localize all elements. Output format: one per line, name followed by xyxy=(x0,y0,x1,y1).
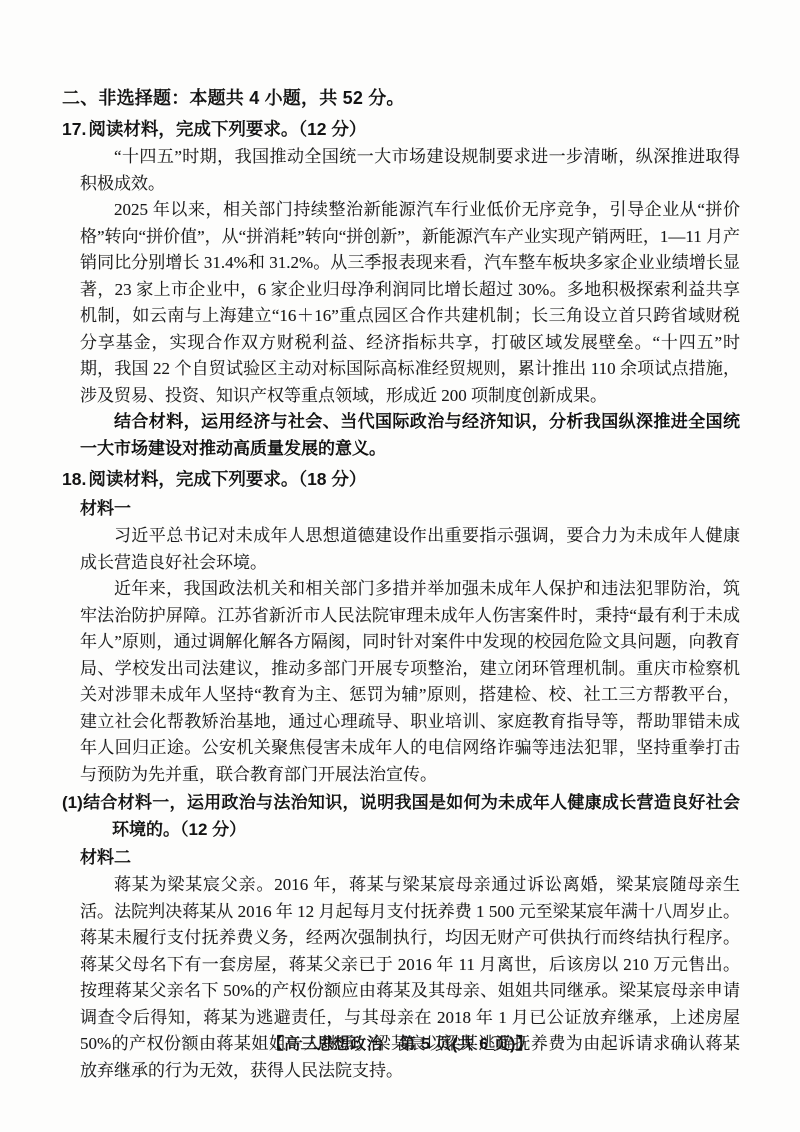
q18-subquestion-1: (1)结合材料一，运用政治与法治知识，说明我国是如何为未成年人健康成长营造良好社… xyxy=(62,789,740,843)
q18-material1-paragraph-1: 习近平总书记对未成年人思想道德建设作出重要指示强调，要合力为未成年人健康成长营造… xyxy=(80,523,740,576)
question-18: 18.阅读材料，完成下列要求。（18 分） 材料一 习近平总书记对未成年人思想道… xyxy=(62,465,740,1084)
question-17: 17.阅读材料，完成下列要求。（12 分） “十四五”时期，我国推动全国统一大市… xyxy=(62,115,740,462)
question-18-number: 18. xyxy=(62,465,86,494)
question-18-head: 18.阅读材料，完成下列要求。（18 分） xyxy=(62,465,740,494)
exam-paper-page: 二、非选择题：本题共 4 小题，共 52 分。 17.阅读材料，完成下列要求。（… xyxy=(0,0,800,1132)
question-17-body: “十四五”时期，我国推动全国统一大市场建设规制要求进一步清晰，纵深推进取得积极成… xyxy=(80,144,740,462)
question-18-stem: 阅读材料，完成下列要求。（18 分） xyxy=(88,469,366,489)
q17-material-paragraph-2: 2025 年以来，相关部门持续整治新能源汽车行业低价无序竞争，引导企业从“拼价格… xyxy=(80,197,740,409)
question-17-number: 17. xyxy=(62,115,86,144)
q17-material-paragraph-1: “十四五”时期，我国推动全国统一大市场建设规制要求进一步清晰，纵深推进取得积极成… xyxy=(80,144,740,197)
material-1-label: 材料一 xyxy=(80,495,740,523)
page-content: 二、非选择题：本题共 4 小题，共 52 分。 17.阅读材料，完成下列要求。（… xyxy=(62,84,740,1084)
q17-task-instruction: 结合材料，运用经济与社会、当代国际政治与经济知识，分析我国纵深推进全国统一大市场… xyxy=(80,409,740,462)
q18-material1-paragraph-2: 近年来，我国政法机关和相关部门多措并举加强未成年人保护和违法犯罪防治，筑牢法治防… xyxy=(80,576,740,788)
question-17-stem: 阅读材料，完成下列要求。（12 分） xyxy=(88,119,366,139)
question-17-head: 17.阅读材料，完成下列要求。（12 分） xyxy=(62,115,740,144)
section-header: 二、非选择题：本题共 4 小题，共 52 分。 xyxy=(62,84,740,112)
page-footer: 【高三思想政治 第 5 页(共 6 页)】 xyxy=(0,1032,800,1058)
question-18-material-1: 材料一 习近平总书记对未成年人思想道德建设作出重要指示强调，要合力为未成年人健康… xyxy=(80,495,740,788)
material-2-label: 材料二 xyxy=(80,844,740,872)
